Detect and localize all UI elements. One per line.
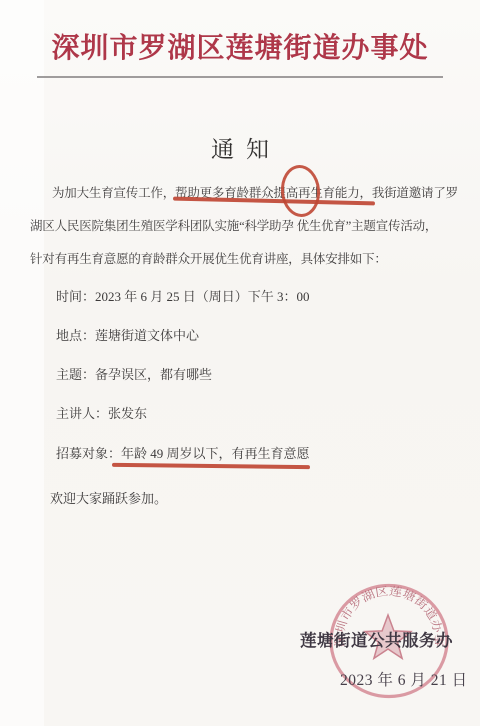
detail-location-value: 莲塘街道文体中心 xyxy=(95,328,199,343)
detail-time: 时间：2023 年 6 月 25 日（周日）下午 3：00 xyxy=(56,286,310,305)
red-pen-underline-2 xyxy=(112,463,310,469)
detail-target-audience-label: 招募对象： xyxy=(56,446,121,461)
closing-line: 欢迎大家踊跃参加。 xyxy=(50,488,167,507)
signature-date: 2023 年 6 月 21 日 xyxy=(340,668,468,690)
page-title: 通知 xyxy=(0,131,480,164)
detail-speaker-value: 张发东 xyxy=(108,406,147,421)
header-divider-line xyxy=(37,76,443,78)
detail-location: 地点：莲塘街道文体中心 xyxy=(56,325,199,344)
notice-document: 深圳市罗湖区莲塘街道办事处 通知 为加大生育宣传工作，帮助更多育龄群众提高再生育… xyxy=(0,0,480,726)
detail-target-audience: 招募对象：年龄 49 周岁以下，有再生育意愿 xyxy=(56,443,310,462)
org-header-title: 深圳市罗湖区莲塘街道办事处 xyxy=(0,26,480,66)
paragraph-line-2: 湖区人民医院集团生殖医学科团队实施“科学助孕 优生优育”主题宣传活动， xyxy=(30,216,437,234)
detail-speaker: 主讲人：张发东 xyxy=(56,403,147,422)
signature-office: 莲塘街道公共服务办 xyxy=(300,627,453,651)
photo-left-edge xyxy=(0,0,44,726)
detail-speaker-label: 主讲人： xyxy=(56,406,108,421)
detail-location-label: 地点： xyxy=(56,328,95,343)
detail-time-value: 2023 年 6 月 25 日（周日）下午 3：00 xyxy=(95,289,310,304)
detail-target-audience-value: 年龄 49 周岁以下，有再生育意愿 xyxy=(121,446,310,461)
red-pen-circle-mark xyxy=(279,163,322,218)
detail-topic-value: 备孕误区，都有哪些 xyxy=(95,367,212,382)
detail-topic: 主题：备孕误区，都有哪些 xyxy=(56,364,212,383)
paragraph-line-3: 针对有再生育意愿的育龄群众开展优生优育讲座，具体安排如下： xyxy=(30,249,387,267)
paragraph-line-1-pre: 为加大生育宣传工作， xyxy=(52,186,175,200)
paragraph-line-1-post: ，我街道邀请了罗 xyxy=(360,186,458,200)
detail-time-label: 时间： xyxy=(56,289,95,304)
detail-topic-label: 主题： xyxy=(56,367,95,382)
